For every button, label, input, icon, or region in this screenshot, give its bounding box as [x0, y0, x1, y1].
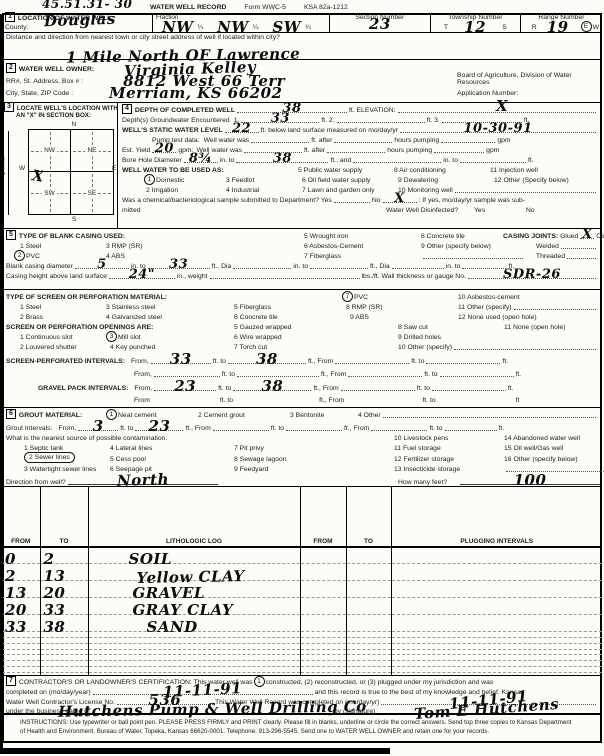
measured-date-blank: 10-30-91: [400, 130, 596, 133]
grout-3: 3 Bentonite: [290, 412, 324, 419]
source-5: 5 Cess pool: [110, 456, 146, 463]
grout-2: 2 Cement grout: [198, 412, 245, 419]
spi-from4-blank: [348, 374, 422, 377]
to2-header: TO: [346, 487, 391, 547]
threaded-label: Threaded: [536, 253, 565, 260]
static-level-value: 22: [232, 126, 251, 132]
grout-1-row: 1Neat cement: [106, 408, 157, 419]
grout-from-blank: 3: [78, 428, 118, 431]
grout-to-value: 23: [149, 423, 171, 430]
pump-gpm-blank: [441, 140, 495, 143]
quarter1-value: NW: [162, 24, 194, 31]
gw1-value: 33: [271, 116, 290, 122]
source-14: 14 Abandoned water well: [504, 435, 580, 442]
opening-11: 11 None (open hole): [504, 324, 565, 331]
est-yield-value: 20: [155, 146, 174, 152]
completed-date-value: 11-11-91: [163, 685, 242, 696]
use-10-blank: [455, 190, 596, 193]
ft-and-label: ft., and: [330, 157, 351, 164]
material-3: 3 Stainless steel: [106, 304, 156, 311]
table-header-row: FROM TO LITHOLOGIC LOG FROM TO PLUGGING …: [2, 487, 602, 547]
county-cell: 1LOCATION OF WATER WELL: County: Douglas: [2, 13, 152, 32]
ft-label: ft.: [528, 157, 534, 164]
use-11: 11 Injection well: [490, 167, 538, 174]
use-9: 9 Dewatering: [398, 177, 438, 184]
ft-label: ft.: [516, 371, 522, 378]
clamped-label: Clamped: [596, 233, 604, 240]
quarter-glyph: ¼: [198, 24, 204, 31]
casing-height-value: 24": [129, 272, 155, 278]
plug-from: [300, 598, 346, 615]
pump-ft-blank: [251, 140, 309, 143]
log-to: 33: [40, 598, 88, 615]
gpi-to-blank: 38: [233, 388, 311, 391]
casing-2: PVC: [26, 253, 40, 260]
hours-pumping-label: hours pumping: [387, 147, 432, 154]
city-value: Merriam, KS 66202: [109, 90, 282, 97]
material-11-blank: [514, 307, 596, 310]
se-label: SE: [86, 190, 99, 197]
use-4: 4 Industrial: [226, 187, 259, 194]
from-label: From: [134, 397, 150, 404]
owner-section: 2WATER WELL OWNER: Virginia Kelley RR#, …: [2, 59, 602, 102]
scan-edge-left: [0, 14, 3, 750]
compass-s: S: [32, 216, 116, 223]
log-material: GRAY CLAY: [88, 598, 300, 615]
opening-6: 6 Wire wrapped: [234, 334, 282, 341]
nw-label: NW: [42, 147, 57, 154]
plug-to: [346, 615, 391, 632]
casing-section: 5 TYPE OF BLANK CASING USED: 5 Wrought i…: [2, 228, 602, 289]
instructions-line-2: of Health and Environment, Bureau of Wat…: [20, 727, 598, 736]
log-row: 33 38 SAND: [2, 615, 602, 632]
in-to-label: in. to: [443, 157, 458, 164]
source-1: 1 Septic tank: [24, 445, 63, 452]
bore-diam-blank: 8¾: [184, 160, 218, 163]
casing-diam-label: Blank casing diameter: [6, 263, 73, 270]
range-east-circled: E: [581, 21, 592, 32]
instructions-block: INSTRUCTIONS: Use typewriter or ball poi…: [2, 713, 602, 743]
form-number: Form WWC-5: [244, 4, 286, 11]
range-r: R: [532, 24, 537, 31]
grout-from2-blank: [213, 428, 269, 431]
ft-from-label: ft., From: [313, 385, 338, 392]
well-water-was-label: Well water was: [204, 137, 250, 144]
log-from: 13: [2, 581, 40, 598]
county-label: County:: [5, 24, 28, 31]
completed-date-blank: 11-11-91: [93, 692, 313, 695]
log-from: 0: [2, 547, 40, 564]
log-row: 2 13 Yellow CLAY: [2, 564, 602, 581]
gpi-from2-blank: [341, 388, 415, 391]
source-8: 8 Sewage lagoon: [234, 456, 287, 463]
bore-depth-value: 38: [273, 156, 292, 162]
use-label: WELL WATER TO BE USED AS:: [122, 167, 224, 174]
source-16: 16 Other (specify below): [504, 456, 578, 463]
material-9: 9 ABS: [350, 314, 369, 321]
constructed-number: 1: [257, 678, 261, 685]
ft-to-label: ft. to: [417, 385, 430, 392]
gauge-value: SDR-26: [503, 272, 561, 278]
ft-to-label: ft. to: [411, 358, 424, 365]
plug-interval: [391, 598, 602, 615]
plug-interval: [391, 581, 602, 598]
grout-4-blank: [383, 415, 596, 418]
plug-to: [346, 581, 391, 598]
section6-number: 6: [6, 409, 16, 419]
section1-row: 1LOCATION OF WATER WELL: County: Douglas…: [2, 13, 602, 32]
static-level-blank: 22: [225, 130, 259, 133]
from-label: From,: [58, 425, 76, 432]
material-6: 6 Concrete tile: [234, 314, 278, 321]
log-from: 2: [2, 564, 40, 581]
gw1-blank: 33: [241, 120, 319, 123]
casing-5: 5 Wrought iron: [304, 233, 348, 240]
well-x-mark: X: [32, 172, 45, 181]
range-e: E: [584, 23, 589, 30]
agency-name: Board of Agriculture, Division of Water …: [457, 72, 602, 86]
source-7: 7 Pit privy: [234, 445, 264, 452]
glued-label: Glued: [560, 233, 578, 240]
ft-from-label: ft., From: [321, 371, 346, 378]
use-1-number: 1: [148, 176, 152, 183]
distance-row: Distance and direction from nearest town…: [2, 32, 602, 59]
elevation-label: ft. ELEVATION:: [349, 107, 396, 114]
grout-to-blank: 23: [135, 428, 183, 431]
gpi-from-value: 23: [174, 383, 196, 390]
casing-height-blank: 24": [109, 276, 175, 279]
gpi-to2-blank: [432, 388, 506, 391]
wall-label: lbs./ft. Wall thickness or gauge No.: [362, 273, 466, 280]
township-value: 12: [464, 24, 486, 31]
casing-depth-blank: 33: [148, 266, 210, 269]
quadrant-se: SE: [71, 172, 113, 214]
dia2-blank: [233, 266, 291, 269]
casing-height-label: Casing height above land surface: [6, 273, 107, 280]
dia3-depth-blank: [462, 266, 506, 269]
certification-text-1b: constructed, (2) reconstructed, or (3) p…: [266, 679, 494, 686]
disinfected-yes-x: X: [496, 103, 508, 110]
material-11: 11 Other (specify): [458, 304, 512, 311]
use-12: 12 Other (Specify below): [494, 177, 569, 184]
ft-dia-label: ft., Dia: [212, 263, 232, 270]
source-15: 15 Oil well/Gas well: [504, 445, 563, 452]
source-10: 10 Livestock pens: [394, 435, 448, 442]
threaded-blank: [567, 256, 596, 259]
in-to-label: in. to: [220, 157, 235, 164]
use-8: 8 Air conditioning: [394, 167, 446, 174]
material-10: 10 Asbestos-cement: [458, 294, 520, 301]
bore2-depth-blank: [460, 160, 526, 163]
direction-value: North: [117, 476, 169, 485]
source-13: 13 Insecticide storage: [394, 466, 460, 473]
ft-dia-label: ft., Dia: [370, 263, 390, 270]
casing-3: 3 RMP (SR): [106, 243, 143, 250]
sample-question: Was a chemical/bacteriological sample su…: [122, 197, 332, 204]
quarter-glyph: ¼: [253, 24, 259, 31]
section3-number: 3: [4, 102, 14, 112]
static-level-label: WELL'S STATIC WATER LEVEL: [122, 127, 223, 134]
use-2: 2 Irrigation: [146, 187, 178, 194]
well-specs-panel: 4 DEPTH OF COMPLETED WELL 38 ft. ELEVATI…: [118, 103, 602, 228]
range-cell: Range Number R 19 E W: [520, 13, 602, 32]
gpi-to-value: 38: [261, 383, 283, 390]
casing-4: 4 ABS: [106, 253, 125, 260]
grout-from-value: 3: [93, 423, 104, 430]
contamination-question: What is the nearest source of possible c…: [6, 435, 167, 442]
log-to: 2: [40, 547, 88, 564]
source-4: 4 Lateral lines: [110, 445, 152, 452]
section5-number: 5: [6, 230, 16, 240]
log-row: 13 20 GRAVEL: [2, 581, 602, 598]
opening-1: 1 Continuous slot: [20, 334, 73, 341]
gw2-blank: [337, 120, 425, 123]
yes-label: Yes: [474, 207, 485, 214]
source-3: 3 Watertight sewer lines: [24, 466, 96, 473]
township-cell: Township Number T 12 S: [430, 13, 520, 32]
bore-depth-blank: 38: [236, 160, 328, 163]
glued-blank: X: [580, 236, 594, 239]
section-number-value: 23: [369, 15, 391, 33]
material-7-row: 7PVC: [342, 290, 368, 301]
welded-blank: [561, 246, 596, 249]
material-7-number: 7: [346, 293, 350, 300]
ft-to-label: ft. to: [222, 371, 235, 378]
welded-row: Welded: [536, 243, 598, 250]
source-11: 11 Fuel storage: [394, 445, 441, 452]
bore-label: Bore Hole Diameter: [122, 157, 182, 164]
pump-hours-blank: [334, 140, 392, 143]
sample-yes-blank: [334, 200, 370, 203]
log-material: SAND: [88, 615, 300, 632]
log-to: 38: [40, 615, 88, 632]
material-8: 8 RMP (SR): [346, 304, 383, 311]
source-12: 12 Fertilizer storage: [394, 456, 454, 463]
measured-date-value: 10-30-91: [464, 126, 533, 132]
plug-to: [346, 564, 391, 581]
use-10-row: 10 Monitoring well: [398, 187, 598, 194]
distance-label: Distance and direction from nearest town…: [6, 34, 598, 41]
in-to-label: in. to: [446, 263, 461, 270]
screen-section: TYPE OF SCREEN OR PERFORATION MATERIAL: …: [2, 289, 602, 350]
spi-to-blank: 38: [228, 361, 306, 364]
ft-label: ft.: [502, 358, 508, 365]
lithologic-table: FROM TO LITHOLOGIC LOG FROM TO PLUGGING …: [2, 486, 602, 675]
form-title-row: WATER WELL RECORD Form WWC-5 KSA 82a-121…: [150, 4, 348, 11]
after-label: ft. after: [311, 137, 332, 144]
from-label: From,: [131, 358, 149, 365]
log-from: 33: [2, 615, 40, 632]
locate-title-1: LOCATE WELL'S LOCATION WITH: [17, 105, 118, 112]
grout-1-number: 1: [110, 411, 114, 418]
sample-no-blank: X: [383, 200, 417, 203]
log-material: SOIL: [88, 547, 300, 564]
spi-from2-blank: [335, 361, 409, 364]
lithologic-log-header: LITHOLOGIC LOG: [88, 487, 300, 547]
spi-to4-blank: [440, 374, 514, 377]
ft-to-label: ft. to: [422, 397, 435, 404]
casing-other-blank: [423, 256, 523, 259]
grout-1-circled: 1: [106, 409, 117, 420]
ne-label: NE: [85, 147, 98, 154]
material-5: 5 Fiberglass: [234, 304, 271, 311]
constructed-circled: 1: [254, 676, 265, 687]
threaded-row: Threaded: [536, 253, 598, 260]
plug-from: [300, 581, 346, 598]
gw3-label: ft. 3.: [427, 117, 440, 124]
weight-label: in., weight: [177, 273, 208, 280]
use-1: Domestic: [156, 177, 184, 184]
use-7: 7 Lawn and garden only: [302, 187, 375, 194]
plug-interval: [391, 547, 602, 564]
feet-label: How many feet?: [398, 479, 447, 486]
source-2: 2 Sewer lines: [29, 454, 70, 461]
grout-from3-blank: [371, 428, 427, 431]
owner-label: WATER WELL OWNER:: [19, 66, 94, 73]
intervals-section: SCREEN-PERFORATED INTERVALS: From, 33 ft…: [2, 350, 602, 407]
plug-from: [300, 615, 346, 632]
casing-title: TYPE OF BLANK CASING USED:: [19, 233, 125, 240]
quadrant-ne: NE: [71, 130, 113, 172]
casing-7: 7 Fiberglass: [304, 253, 341, 260]
grout-to3-blank: [445, 428, 497, 431]
ft-from-label: ft., From: [344, 425, 369, 432]
no-label: No: [372, 197, 381, 204]
direction-blank: North: [68, 482, 218, 485]
section4-number: 4: [122, 104, 132, 114]
ft-label: ft: [516, 397, 520, 404]
opening-3: Mill slot: [118, 334, 141, 341]
gpm-label: gpm: [486, 147, 499, 154]
ft-to-label: ft. to: [213, 358, 226, 365]
ft-to-label: ft. to: [120, 425, 133, 432]
statute-number: KSA 82a-1212: [304, 4, 348, 11]
ft-from-label: ft., From: [308, 358, 333, 365]
hours-pumping-label: hours pumping: [394, 137, 439, 144]
opening-9: 9 Drilled holes: [398, 334, 441, 341]
bore2-diam-blank: [353, 160, 441, 163]
log-row: 20 33 GRAY CLAY: [2, 598, 602, 615]
material-1: 1 Steel: [20, 304, 41, 311]
source-2-circled: 2 Sewer lines: [24, 452, 75, 463]
ft-from-label: ft., From: [185, 425, 210, 432]
section-box-panel: 3LOCATE WELL'S LOCATION WITH AN "X" IN S…: [2, 103, 118, 228]
gpi-from-blank: 23: [154, 388, 216, 391]
scan-edge-bottom: [0, 748, 390, 754]
material-11-row: 11 Other (specify): [458, 304, 598, 311]
log-from: 20: [2, 598, 40, 615]
quarter3-value: SW: [272, 24, 301, 31]
instructions-line-1: INSTRUCTIONS: Use typewriter or ball poi…: [20, 718, 598, 727]
plug-to: [346, 598, 391, 615]
township-s: S: [502, 24, 507, 31]
water-well-record-scan: 45.51.31- 30 WATER WELL RECORD Form WWC-…: [0, 0, 604, 756]
in-to-label: in. to: [293, 263, 308, 270]
locate-title-2: AN "X" IN SECTION BOX:: [16, 112, 115, 120]
ft-to-label: ft. to: [218, 385, 231, 392]
plugging-intervals-header: PLUGGING INTERVALS: [391, 487, 602, 547]
fraction-cell: Fraction NW¼ NW¼ SW¼: [152, 13, 329, 32]
glued-x: X: [582, 232, 593, 238]
screen-intervals-label: SCREEN-PERFORATED INTERVALS:: [6, 358, 125, 365]
compass-w: W: [19, 165, 25, 172]
log-to: 13: [40, 564, 88, 581]
section1-number: 1: [5, 12, 15, 22]
gauge-blank: SDR-26: [468, 276, 596, 279]
range-value: 19: [547, 24, 569, 31]
sample-no-x: X: [394, 196, 405, 202]
casing-2-circled: 2: [14, 250, 25, 261]
if-yes-label: : If yes, mo/day/yr sample was sub-: [419, 197, 526, 204]
gpm-label: gpm: [497, 137, 510, 144]
casing-depth-value: 33: [169, 262, 188, 268]
from-header: FROM: [2, 487, 40, 547]
from-label: From,: [134, 371, 152, 378]
plug-to: [346, 547, 391, 564]
gravel-intervals-label: GRAVEL PACK INTERVALS:: [38, 385, 128, 392]
use-10: 10 Monitoring well: [398, 187, 453, 194]
casing-6: 6 Asbestos-Cement: [304, 243, 363, 250]
opening-5: 5 Gauzed wrapped: [234, 324, 291, 331]
casing-9: 9 Other (specify below): [421, 243, 491, 250]
ft-from-label: ft., From: [319, 397, 344, 404]
from-label: From,: [134, 385, 152, 392]
log-to: 20: [40, 581, 88, 598]
dia3-blank: [392, 266, 444, 269]
casing-2-number: 2: [18, 252, 22, 259]
form-title: WATER WELL RECORD: [150, 4, 226, 11]
top-scribble: 45.51.31- 30: [42, 2, 132, 7]
screen-title: TYPE OF SCREEN OR PERFORATION MATERIAL:: [6, 294, 167, 301]
material-2: 2 Brass: [20, 314, 43, 321]
spi-from-blank: 33: [151, 361, 211, 364]
quarter-glyph: ¼: [305, 24, 311, 31]
yield-gpm-blank: [434, 150, 484, 153]
opening-3-number: 3: [110, 333, 114, 340]
certification-section: 7 CONTRACTOR'S OR LANDOWNER'S CERTIFICAT…: [2, 675, 602, 713]
disinfected-label: Water Well Disinfected?: [386, 207, 458, 214]
casing-diam-value: 5: [97, 262, 107, 268]
opening-3-row: 3Mill slot: [106, 330, 141, 341]
joints-row: CASING JOINTS: Glued X Clamped: [503, 233, 598, 240]
to-header: TO: [40, 487, 88, 547]
plug-interval: [391, 615, 602, 632]
sw-label: SW: [42, 190, 56, 197]
weight-blank: [210, 276, 360, 279]
owner-value: Virginia Kelley: [124, 64, 256, 76]
township-t: T: [444, 24, 448, 31]
yield-hours-blank: [327, 150, 385, 153]
log-material: Yellow CLAY: [88, 562, 300, 583]
depth-blank: 38: [237, 110, 347, 113]
application-number-label: Application Number:: [457, 90, 518, 97]
casing-diam-blank: 5: [75, 266, 129, 269]
static-level-mid: ft. below land surface measured on mo/da…: [261, 127, 399, 134]
plug-from: [300, 564, 346, 581]
depth-label: DEPTH OF COMPLETED WELL: [135, 107, 235, 114]
feet-value: 100: [514, 477, 547, 484]
casing-1: 1 Steel: [20, 243, 41, 250]
grout-4-row: 4 Other: [358, 412, 598, 419]
grout-1: Neat cement: [118, 412, 157, 419]
from2-header: FROM: [300, 487, 346, 547]
section7-number: 7: [6, 676, 16, 686]
plug-from: [300, 547, 346, 564]
grout-section: 6 GROUT MATERIAL: 1Neat cement 2 Cement …: [2, 407, 602, 486]
ft-to-label: ft. to: [220, 397, 233, 404]
section2-number: 2: [6, 63, 16, 73]
dia2-depth-blank: [310, 266, 368, 269]
